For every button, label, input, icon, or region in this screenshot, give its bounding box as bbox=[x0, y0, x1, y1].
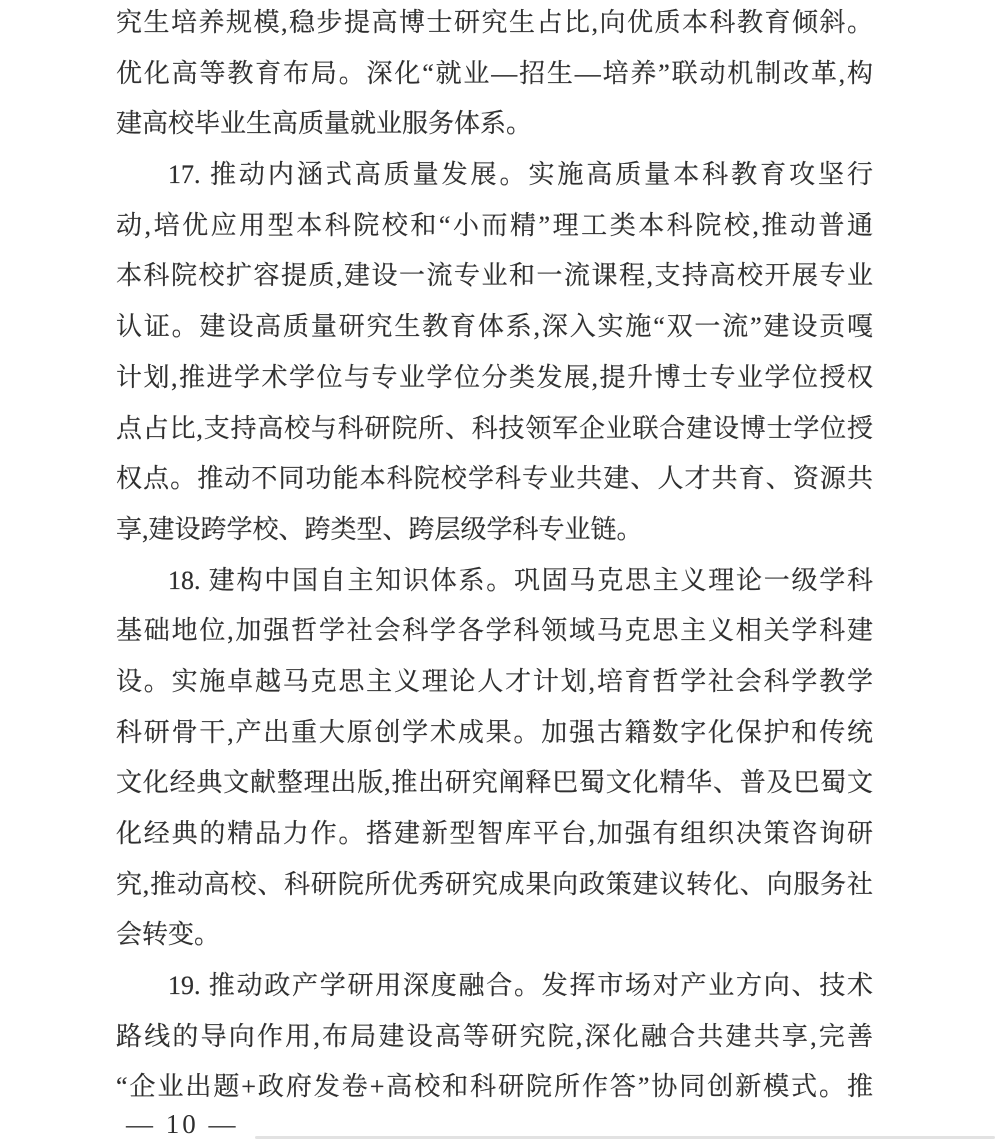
text-line: 路线的导向作用,布局建设高等研究院,深化融合共建共享,完善 bbox=[116, 1012, 873, 1063]
numbered-item-line: 18. 建构中国自主知识体系。巩固马克思主义理论一级学科 bbox=[116, 556, 873, 607]
text-line: 计划,推进学术学位与专业学位分类发展,提升博士专业学位授权 bbox=[116, 353, 873, 404]
numbered-item-line: 17. 推动内涵式高质量发展。实施高质量本科教育攻坚行 bbox=[116, 150, 873, 201]
text-line: 文化经典文献整理出版,推出研究阐释巴蜀文化精华、普及巴蜀文 bbox=[116, 758, 873, 809]
paragraph-end-line: 会转变。 bbox=[116, 910, 873, 961]
document-page: 究生培养规模,稳步提高博士研究生占比,向优质本科教育倾斜。 优化高等教育布局。深… bbox=[0, 0, 1000, 1141]
text-line: 基础地位,加强哲学社会科学各学科领域马克思主义相关学科建 bbox=[116, 606, 873, 657]
text-line: “企业出题+政府发卷+高校和科研院所作答”协同创新模式。推 bbox=[116, 1062, 873, 1113]
text-line: 点占比,支持高校与科研院所、科技领军企业联合建设博士学位授 bbox=[116, 404, 873, 455]
text-line: 动,培优应用型本科院校和“小而精”理工类本科院校,推动普通 bbox=[116, 201, 873, 252]
page-number: — 10 — bbox=[126, 1109, 239, 1140]
text-line: 科研骨干,产出重大原创学术成果。加强古籍数字化保护和传统 bbox=[116, 708, 873, 759]
text-line: 化经典的精品力作。搭建新型智库平台,加强有组织决策咨询研 bbox=[116, 809, 873, 860]
text-line: 权点。推动不同功能本科院校学科专业共建、人才共育、资源共 bbox=[116, 454, 873, 505]
document-text-block: 究生培养规模,稳步提高博士研究生占比,向优质本科教育倾斜。 优化高等教育布局。深… bbox=[116, 0, 873, 1113]
text-line: 设。实施卓越马克思主义理论人才计划,培育哲学社会科学教学 bbox=[116, 657, 873, 708]
text-line: 认证。建设高质量研究生教育体系,深入实施“双一流”建设贡嘎 bbox=[116, 302, 873, 353]
scan-artifact-line bbox=[255, 1136, 995, 1139]
numbered-item-line: 19. 推动政产学研用深度融合。发挥市场对产业方向、技术 bbox=[116, 961, 873, 1012]
paragraph-end-line: 建高校毕业生高质量就业服务体系。 bbox=[116, 99, 873, 150]
text-line: 究,推动高校、科研院所优秀研究成果向政策建议转化、向服务社 bbox=[116, 860, 873, 911]
paragraph-end-line: 享,建设跨学校、跨类型、跨层级学科专业链。 bbox=[116, 505, 873, 556]
text-line: 究生培养规模,稳步提高博士研究生占比,向优质本科教育倾斜。 bbox=[116, 0, 873, 49]
text-line: 本科院校扩容提质,建设一流专业和一流课程,支持高校开展专业 bbox=[116, 251, 873, 302]
text-line: 优化高等教育布局。深化“就业—招生—培养”联动机制改革,构 bbox=[116, 49, 873, 100]
